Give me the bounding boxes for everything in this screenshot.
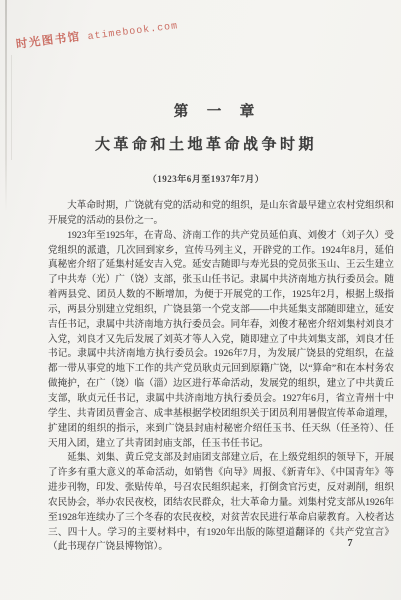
scanned-book-page: { "watermark": { "library_name": "时光图书馆"… [0, 0, 401, 600]
chapter-date-range: （1923年6月至1937年7月） [0, 172, 401, 185]
body-text-block: 大革命时期，广饶就有党的活动和党的组织，是山东省最早建立农村党组织和开展党的活动… [48, 199, 394, 555]
chapter-title-heading: 大革命和土地革命战争时期 [0, 133, 401, 154]
chapter-number-heading: 第 一 章 [0, 100, 401, 121]
watermark-library-name: 时光图书馆 [15, 31, 81, 51]
library-watermark: 时光图书馆atimebook.com [15, 16, 179, 52]
paragraph-party-founding: 1923年至1925年，在青岛、济南工作的共产党员延伯真、刘俊才（刘子久）受党组… [48, 229, 394, 452]
paragraph-intro: 大革命时期，广饶就有党的活动和党的组织，是山东省最早建立农村党组织和开展党的活动… [48, 199, 394, 229]
watermark-site-url: atimebook.com [87, 21, 179, 43]
page-number: 7 [340, 538, 360, 549]
